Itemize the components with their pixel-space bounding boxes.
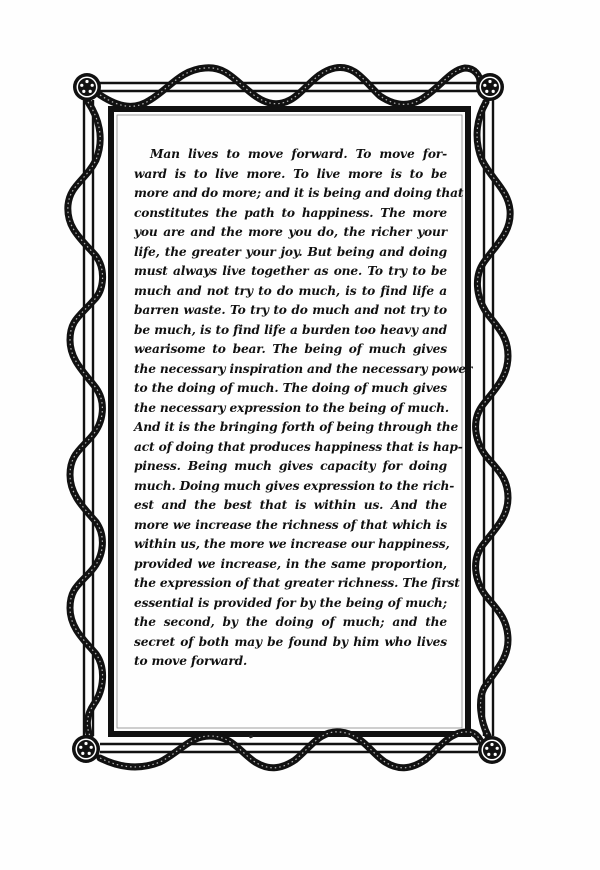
passage-line: wearisome to bear. The being of much giv… bbox=[134, 340, 447, 360]
passage-line: the necessary expression to the being of… bbox=[134, 399, 447, 419]
rope-top bbox=[100, 67, 480, 106]
passage-line: essential is provided for by the being o… bbox=[134, 594, 447, 614]
rosette-bottom-left-icon bbox=[72, 735, 100, 763]
passage-line: the necessary inspiration and the necess… bbox=[134, 360, 447, 380]
passage-line: must always live together as one. To try… bbox=[134, 262, 447, 282]
passage-line: to move forward. bbox=[134, 652, 447, 672]
rosette-top-right-icon bbox=[476, 73, 504, 101]
passage-line: secret of both may be found by him who l… bbox=[134, 633, 447, 653]
passage-line: more and do more; and it is being and do… bbox=[134, 184, 447, 204]
passage-line: est and the best that is within us. And … bbox=[134, 496, 447, 516]
passage-line: constitutes the path to happiness. The m… bbox=[134, 204, 447, 224]
passage-line: piness. Being much gives capacity for do… bbox=[134, 457, 447, 477]
passage-line: act of doing that produces happiness tha… bbox=[134, 438, 447, 458]
passage-line: And it is the bringing forth of being th… bbox=[134, 418, 447, 438]
passage-line: be much, is to find life a burden too he… bbox=[134, 321, 447, 341]
passage-line: life, the greater your joy. But being an… bbox=[134, 243, 447, 263]
passage-line: ward is to live more. To live more is to… bbox=[134, 165, 447, 185]
passage-line: the expression of that greater richness.… bbox=[134, 574, 447, 594]
passage-text: Man lives to move forward. To move for- … bbox=[134, 145, 447, 672]
passage-line: provided we increase, in the same propor… bbox=[134, 555, 447, 575]
passage-line: much. Doing much gives expression to the… bbox=[134, 477, 447, 497]
rope-left bbox=[68, 102, 103, 736]
passage-line: the second, by the doing of much; and th… bbox=[134, 613, 447, 633]
passage-line: more we increase the richness of that wh… bbox=[134, 516, 447, 536]
rope-bottom bbox=[100, 732, 482, 768]
passage-line: barren waste. To try to do much and not … bbox=[134, 301, 447, 321]
passage-line: to the doing of much. The doing of much … bbox=[134, 379, 447, 399]
passage-line: Man lives to move forward. To move for- bbox=[134, 145, 447, 165]
rosette-top-left-icon bbox=[73, 73, 101, 101]
page: Man lives to move forward. To move for- … bbox=[0, 0, 600, 870]
passage-line: within us, the more we increase our happ… bbox=[134, 535, 447, 555]
passage-line: much and not try to do much, is to find … bbox=[134, 282, 447, 302]
rosette-bottom-right-icon bbox=[478, 736, 506, 764]
passage-line: you are and the more you do, the richer … bbox=[134, 223, 447, 243]
